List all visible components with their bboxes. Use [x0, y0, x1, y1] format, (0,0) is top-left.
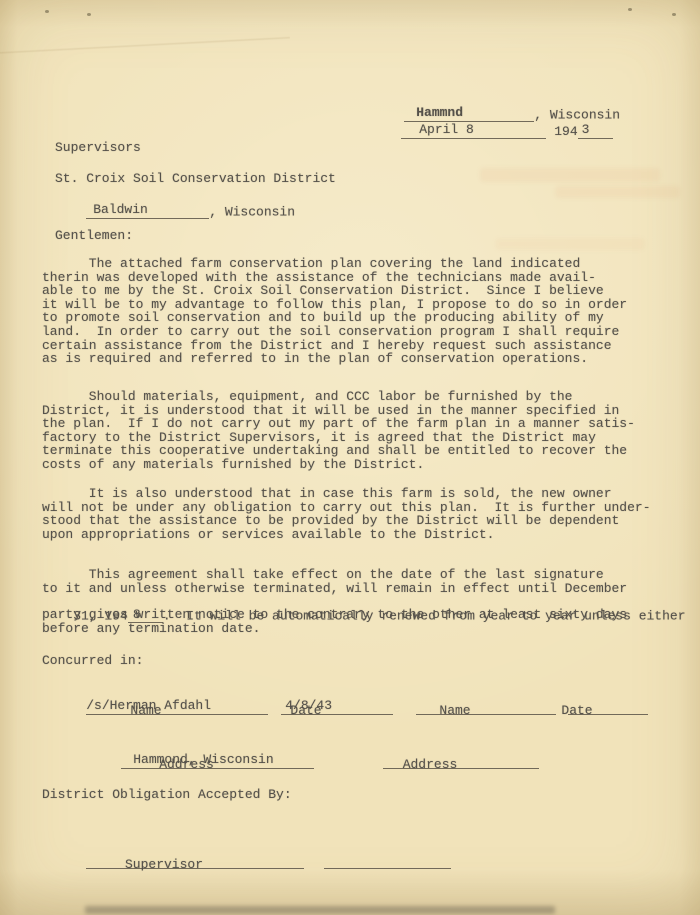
recipient-to: Supervisors: [55, 141, 141, 155]
paper-crease: [0, 36, 290, 55]
supervisor-label: Supervisor: [55, 858, 273, 872]
dateline-year-prefix: 194: [554, 124, 577, 139]
recipient-org: St. Croix Soil Conservation District: [55, 172, 336, 186]
ink-bleed-smudge: [480, 168, 660, 182]
staple-hole-top-left-1: [45, 10, 49, 13]
signature-name-label: Name: [55, 704, 237, 718]
salutation: Gentlemen:: [55, 229, 133, 243]
ink-bleed-smudge: [495, 238, 645, 250]
staple-hole-top-left-2: [87, 13, 91, 16]
signature-date-row: 4/8/43: [250, 685, 393, 702]
dateline-date-value: April 8: [401, 123, 546, 139]
supervisor-date-row: [293, 839, 451, 856]
ink-bleed-smudge: [555, 186, 680, 198]
signature-date2-row: [537, 685, 648, 702]
concurred-line: Concurred in:: [42, 654, 143, 668]
staple-hole-top-right-1: [628, 8, 632, 11]
signature-date2-label: Date: [537, 704, 617, 718]
staple-hole-top-right-2: [672, 13, 676, 16]
supervisor-signature-row: [55, 839, 304, 856]
body-paragraph-4-start: This agreement shall take effect on the …: [42, 568, 627, 595]
address-label: Address: [90, 758, 283, 772]
address2-label: Address: [352, 758, 508, 772]
signature-name-row: /s/Herman Afdahl: [55, 685, 268, 702]
recipient-city-value: Baldwin: [86, 203, 209, 219]
dateline-date-row: April 81943: [370, 109, 613, 125]
recipient-city-row: Baldwin, Wisconsin: [55, 189, 295, 205]
body-paragraph-4-end: party gives written notice to the contra…: [42, 608, 627, 635]
address-row: Hammond, Wisconsin: [90, 739, 314, 756]
signature-name2-row: [385, 685, 556, 702]
body-paragraph-3: It is also understood that in case this …: [42, 487, 651, 541]
supervisor-date-blank: [324, 853, 451, 869]
address2-row: [352, 739, 539, 756]
district-obligation-line: District Obligation Accepted By:: [42, 788, 292, 802]
page-bottom-edge-shadow: [85, 906, 555, 914]
dateline-place-row: Hammnd, Wisconsin: [373, 92, 620, 108]
scanned-letter-page: Hammnd, Wisconsin April 81943 Supervisor…: [0, 0, 700, 915]
signature-name2-label: Name: [385, 704, 525, 718]
signature-date-label: Date: [250, 704, 362, 718]
body-paragraph-2: Should materials, equipment, and CCC lab…: [42, 390, 635, 472]
dateline-year-fill: 3: [578, 123, 613, 139]
recipient-city-state: , Wisconsin: [209, 204, 295, 219]
body-paragraph-1: The attached farm conservation plan cove…: [42, 257, 627, 366]
